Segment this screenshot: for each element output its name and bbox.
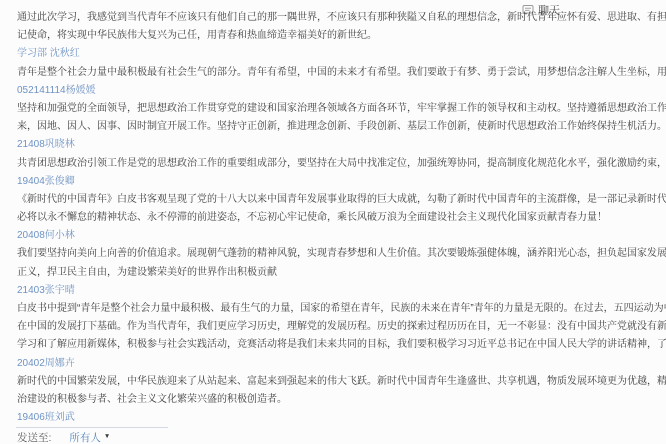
message-line: 记使命，将实现中华民族伟大复兴为己任，用青春和热血缔造幸福美好的新世纪。 xyxy=(17,27,666,45)
message-line: 必将以永不懈怠的精神状态、永不停滞的前进姿态，不忘初心牢记使命，乘长风破万浪为全… xyxy=(17,209,666,227)
message-line: 我们要坚持向美向上向善的价值追求。展现朝气蓬勃的精神风貌，实现青春梦想和人生价值… xyxy=(17,245,666,263)
message-line: 《新时代的中国青年》白皮书客观呈现了党的十八大以来中国青年发展事业取得的巨大成就… xyxy=(17,191,666,209)
chat-panel: 聊天 通过此次学习，我感觉到当代青年不应该只有他们自己的那一隅世界，不应该只有那… xyxy=(0,0,666,444)
message-line: 共青团思想政治引领工作是党的思想政治工作的重要组成部分，要坚持在大局中找准定位，… xyxy=(17,155,666,173)
author-name: 21408巩晓林 xyxy=(17,136,666,154)
message-thread: 通过此次学习，我感觉到当代青年不应该只有他们自己的那一隅世界，不应该只有那种狭隘… xyxy=(17,9,666,427)
author-name: 20408何小林 xyxy=(17,227,666,245)
message-line: 通过此次学习，我感觉到当代青年不应该只有他们自己的那一隅世界，不应该只有那种狭隘… xyxy=(17,9,666,27)
send-to-label: 发送至: xyxy=(17,430,51,444)
author-name: 052141114杨媛媛 xyxy=(17,82,666,100)
message-line: 白皮书中提到“青年是整个社会力量中最积极、最有生气的力量，国家的希望在青年，民族… xyxy=(17,300,666,318)
author-name: 20402周娜卉 xyxy=(17,355,666,373)
message-line: 青年是整个社会力量中最积极最有社会生气的部分。青年有希望，中国的未来才有希望。我… xyxy=(17,64,666,82)
message-line: 在中国的发展打下基础。作为当代青年，我们更应学习历史，理解党的发展历程。历史的探… xyxy=(17,318,666,336)
author-name: 21403张宇晴 xyxy=(17,282,666,300)
message-line: 学习和了解应用新媒体，积极参与社会实践活动，竞赛活动将是我们未来共同的目标，我们… xyxy=(17,336,666,354)
recipient-dropdown[interactable]: 所有人 ▼ xyxy=(69,430,110,444)
message-line: 治建设的积极参与者、社会主义文化繁荣兴盛的积极创造者。 xyxy=(17,391,666,409)
composer-bar: 发送至: 所有人 ▼ xyxy=(17,430,110,444)
author-name: 19404张俊卿 xyxy=(17,173,666,191)
message-line: 坚持和加强党的全面领导，把思想政治工作贯穿党的建设和国家治理各领域各方面各环节，… xyxy=(17,100,666,118)
composer-divider xyxy=(16,427,168,428)
author-name: 学习部 沈秋红 xyxy=(17,45,666,63)
author-name: 19406班刘武 xyxy=(17,409,666,427)
message-line: 新时代的中国繁荣发展，中华民族迎来了从站起来、富起来到强起来的伟大飞跃。新时代中… xyxy=(17,373,666,391)
message-line: 来，因地、因人、因事、因时制宜开展工作。坚持守正创新，推进理念创新、手段创新、基… xyxy=(17,118,666,136)
recipient-selected-value: 所有人 xyxy=(69,430,101,444)
message-line: 正义，捍卫民主自由，为建设繁荣美好的世界作出积极贡献 xyxy=(17,264,666,282)
chevron-down-icon: ▼ xyxy=(104,434,110,441)
